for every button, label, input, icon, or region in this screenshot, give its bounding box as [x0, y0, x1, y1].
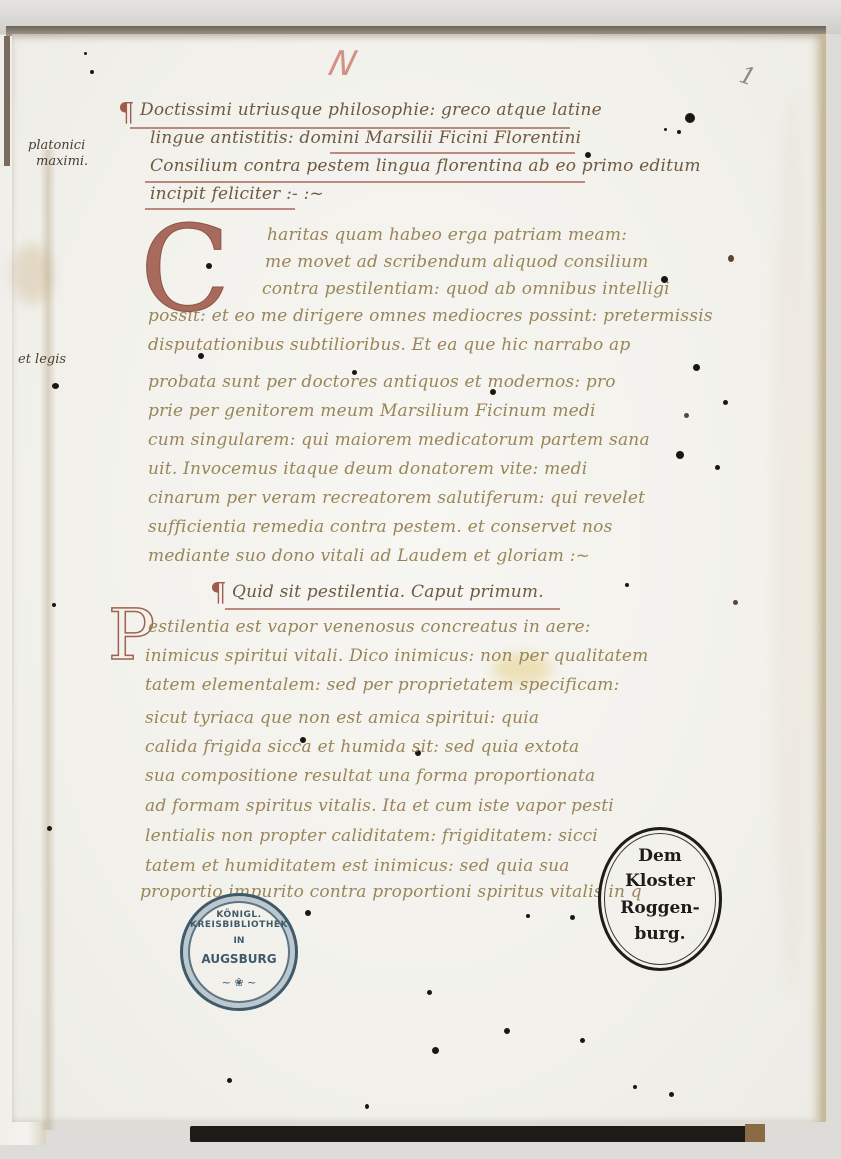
- text-line: calida frigida sicca et humida sit: sed …: [145, 737, 579, 757]
- book-binding-edge: [190, 1126, 750, 1142]
- monastery-stamp: Dem Kloster Roggen- burg.: [598, 827, 722, 971]
- text-line: mediante suo dono vitali ad Laudem et gl…: [148, 546, 590, 566]
- text-line: possit: et eo me dirigere omnes mediocre…: [148, 306, 713, 326]
- text-line: sicut tyriaca que non est amica spiritui…: [145, 708, 539, 728]
- rubric-underline: [130, 127, 570, 129]
- manuscript-leaf: [12, 34, 826, 1122]
- pilcrow-icon: ¶: [210, 578, 227, 608]
- text-line: probata sunt per doctores antiquos et mo…: [148, 372, 616, 392]
- pilcrow-icon: ¶: [118, 98, 135, 128]
- text-line: sua compositione resultat una forma prop…: [145, 766, 595, 786]
- text-line: disputationibus subtilioribus. Et ea que…: [148, 335, 630, 355]
- stamp-line: Dem: [601, 848, 719, 865]
- text-line: sufficientia remedia contra pestem. et c…: [148, 517, 613, 537]
- binding-corner: [745, 1124, 765, 1142]
- text-line: tatem elementalem: sed per proprietatem …: [145, 675, 620, 695]
- fore-edge-discoloration: [772, 94, 812, 994]
- gutter-shadow: [40, 150, 56, 1130]
- stamp-ornament-icon: ~ ❀ ~: [183, 976, 295, 989]
- stamp-line: burg.: [601, 926, 719, 943]
- stamp-arc-text: KÖNIGL. KREISBIBLIOTHEK: [183, 910, 295, 930]
- text-line: ad formam spiritus vitalis. Ita et cum i…: [145, 796, 614, 816]
- title-line: lingue antistitis: domini Marsilii Ficin…: [150, 128, 581, 148]
- text-line: inimicus spiritui vitali. Dico inimicus:…: [145, 646, 648, 666]
- title-line: Doctissimi utriusque philosophie: greco …: [140, 100, 602, 120]
- chapter-title: Quid sit pestilentia. Caput primum.: [232, 582, 544, 602]
- marginal-note-top: platonici maximi.: [28, 138, 88, 169]
- marginal-note-mid: et legis: [18, 352, 66, 368]
- text-line: estilentia est vapor venenosus concreatu…: [148, 617, 591, 637]
- text-line: uit. Invocemus itaque deum donatorem vit…: [148, 459, 587, 479]
- rubric-underline: [225, 608, 560, 610]
- text-line: prie per genitorem meum Marsilium Ficinu…: [148, 401, 596, 421]
- text-line: tatem et humiditatem est inimicus: sed q…: [145, 856, 570, 876]
- stamp-in-text: IN: [183, 936, 295, 946]
- stamp-line: Kloster: [601, 873, 719, 890]
- title-line: Consilium contra pestem lingua florentin…: [150, 156, 701, 176]
- text-line: me movet ad scribendum aliquod consilium: [265, 252, 649, 272]
- text-line: cum singularem: qui maiorem medicatorum …: [148, 430, 650, 450]
- stamp-line: Roggen-: [601, 900, 719, 917]
- text-line: haritas quam habeo erga patriam meam:: [267, 225, 627, 245]
- stamp-city-text: AUGSBURG: [183, 952, 295, 966]
- text-line: cinarum per veram recreatorem salutiferu…: [148, 488, 645, 508]
- rubric-underline: [330, 152, 575, 154]
- spine-shadow: [4, 36, 10, 166]
- text-line: lentialis non propter caliditatem: frigi…: [145, 826, 598, 846]
- text-line: contra pestilentiam: quod ab omnibus int…: [262, 279, 670, 299]
- library-stamp: KÖNIGL. KREISBIBLIOTHEK IN AUGSBURG ~ ❀ …: [180, 893, 298, 1011]
- rubric-underline: [145, 181, 585, 183]
